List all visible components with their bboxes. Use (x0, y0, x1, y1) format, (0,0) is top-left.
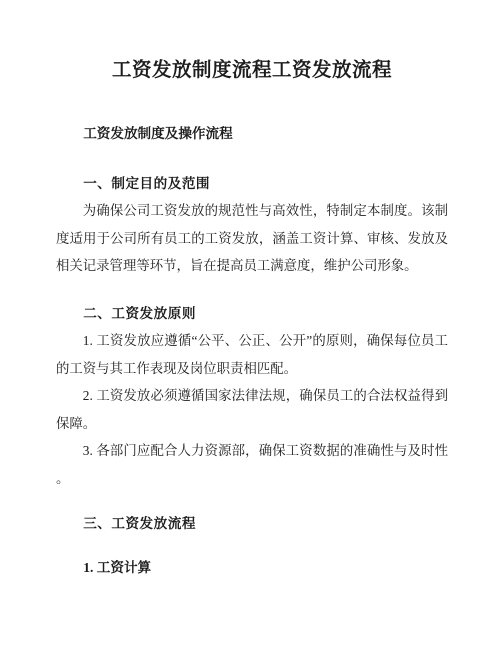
section-heading-payment-process: 三、工资发放流程 (56, 510, 448, 538)
paragraph-principle-1: 1. 工资发放应遵循“公平、公正、公开”的原则，确保每位员工的工资与其工作表现及… (56, 327, 448, 382)
section-heading-purpose-and-scope: 一、制定目的及范围 (56, 170, 448, 198)
section-heading-payment-principles: 二、工资发放原则 (56, 300, 448, 328)
document-subtitle: 工资发放制度及操作流程 (56, 120, 448, 148)
paragraph-purpose-and-scope: 为确保公司工资发放的规范性与高效性，特制定本制度。该制度适用于公司所有员工的工资… (56, 197, 448, 280)
paragraph-principle-2: 2. 工资发放必须遵循国家法律法规，确保员工的合法权益得到保障。 (56, 382, 448, 437)
section-payment-process: 三、工资发放流程 (56, 510, 448, 538)
subsection-heading-salary-calculation: 1. 工资计算 (56, 554, 448, 582)
paragraph-principle-3: 3. 各部门应配合人力资源部，确保工资数据的准确性与及时性。 (56, 437, 448, 492)
section-payment-principles: 二、工资发放原则 1. 工资发放应遵循“公平、公正、公开”的原则，确保每位员工的… (56, 300, 448, 493)
section-purpose-and-scope: 一、制定目的及范围 为确保公司工资发放的规范性与高效性，特制定本制度。该制度适用… (56, 170, 448, 280)
document-page: 工资发放制度流程工资发放流程 工资发放制度及操作流程 一、制定目的及范围 为确保… (0, 0, 500, 647)
page-title: 工资发放制度流程工资发放流程 (56, 57, 448, 84)
